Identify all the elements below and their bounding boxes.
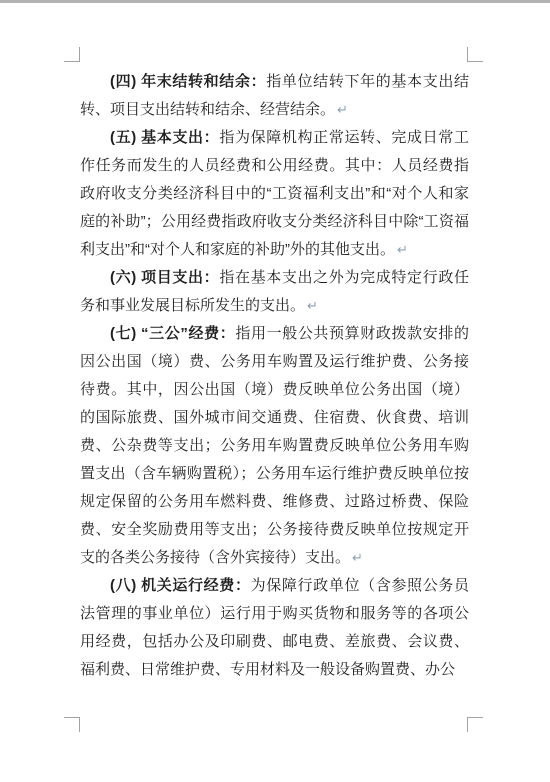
paragraph-5-heading: (五) 基本支出： xyxy=(110,129,219,146)
paragraph-7-heading: (七) “三公”经费： xyxy=(110,325,235,342)
text-boundary-mark-bottom-right xyxy=(467,717,483,732)
paragraph-6: (六) 项目支出：指在基本支出之外为完成特定行政任务和事业发展目标所发生的支出。… xyxy=(80,264,469,320)
paragraph-8-heading: (八) 机关运行经费： xyxy=(110,577,251,594)
document-text-area[interactable]: (四) 年末结转和结余：指单位结转下年的基本支出结转、项目支出结转和结余、经营结… xyxy=(80,68,469,684)
paragraph-mark-icon: ↵ xyxy=(307,298,318,313)
paragraph-4-heading: (四) 年末结转和结余： xyxy=(110,73,266,90)
paragraph-6-heading: (六) 项目支出： xyxy=(110,269,219,286)
text-boundary-mark-bottom-left xyxy=(64,717,80,732)
paragraph-4: (四) 年末结转和结余：指单位结转下年的基本支出结转、项目支出结转和结余、经营结… xyxy=(80,68,469,124)
paragraph-8: (八) 机关运行经费：为保障行政单位（含参照公务员法管理的事业单位）运行用于购买… xyxy=(80,572,469,684)
paragraph-mark-icon: ↵ xyxy=(352,550,363,565)
paragraph-7-body: 指用一般公共预算财政拨款安排的因公出国（境）费、公务用车购置及运行维护费、公务接… xyxy=(80,325,469,566)
text-boundary-mark-top-right xyxy=(467,47,483,62)
paragraph-mark-icon: ↵ xyxy=(397,242,408,257)
paragraph-mark-icon: ↵ xyxy=(337,102,348,117)
paragraph-7: (七) “三公”经费：指用一般公共预算财政拨款安排的因公出国（境）费、公务用车购… xyxy=(80,320,469,572)
paragraph-5: (五) 基本支出：指为保障机构正常运转、完成日常工作任务而发生的人员经费和公用经… xyxy=(80,124,469,264)
paragraph-5-body: 指为保障机构正常运转、完成日常工作任务而发生的人员经费和公用经费。其中：人员经费… xyxy=(80,129,469,258)
page-gap-bar xyxy=(0,0,550,3)
text-boundary-mark-top-left xyxy=(64,47,80,62)
